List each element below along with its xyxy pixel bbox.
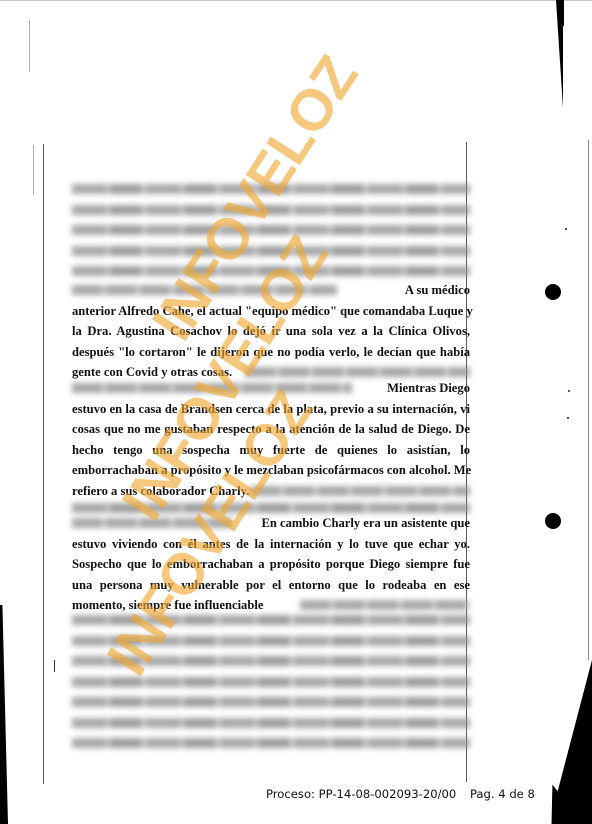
scan-shadow-top-right-wedge xyxy=(556,0,563,108)
redacted-inline xyxy=(72,285,337,295)
redacted-inline xyxy=(300,600,470,610)
scan-shadow-left xyxy=(0,605,8,824)
paragraph-1: A su médico anterior Alfredo Cahe, el ac… xyxy=(72,280,470,383)
paragraph-line: estuvo viviendo con él antes de la inter… xyxy=(72,534,470,555)
paragraph-line: una persona muy vulnerable por el entorn… xyxy=(72,575,470,596)
punch-hole-bottom xyxy=(545,513,561,529)
redacted-inline xyxy=(72,518,232,528)
paragraph-2: Mientras Diego estuvo en la casa de Bran… xyxy=(72,378,470,501)
paragraph-line: anterior Alfredo Cahe, el actual "equipo… xyxy=(72,301,470,322)
paragraph-line: A su médico xyxy=(72,280,470,301)
case-number: Proceso: PP-14-08-002093-20/00 xyxy=(266,787,456,801)
left-faint-mark-top xyxy=(29,20,30,72)
redacted-inline xyxy=(245,367,470,377)
redacted-text-block xyxy=(72,184,470,287)
paragraph-3: En cambio Charly era un asistente que es… xyxy=(72,513,470,616)
speck xyxy=(568,390,570,392)
paragraph-line: hecho tengo una sospecha muy fuerte de q… xyxy=(72,440,470,461)
redacted-inline xyxy=(250,486,470,496)
paragraph-line: momento, siempre fue influenciable xyxy=(72,595,470,616)
paragraph-line-text: A su médico xyxy=(405,283,470,297)
scan-top-edge xyxy=(0,0,592,1)
speck xyxy=(567,417,569,419)
paragraph-line: emborrachaban a propósito y le mezclaban… xyxy=(72,460,470,481)
left-margin-line xyxy=(43,144,44,784)
paragraph-line: Mientras Diego xyxy=(72,378,470,399)
paragraph-line: la Dra. Agustina Cosachov lo dejó ir una… xyxy=(72,321,470,342)
left-faint-mark xyxy=(33,145,34,195)
paragraph-line: después "lo cortaron" le dijeron que no … xyxy=(72,342,470,363)
page-footer: Proceso: PP-14-08-002093-20/00 Pag. 4 de… xyxy=(266,787,535,801)
paragraph-line: refiero a sus colaborador Charly. xyxy=(72,481,470,502)
paragraph-line-text: momento, siempre fue influenciable xyxy=(72,598,263,612)
paragraph-line: Sospecho que lo emborrachaban a propósit… xyxy=(72,554,470,575)
redacted-text-block xyxy=(72,615,470,759)
left-tick-mark xyxy=(54,660,55,672)
paragraph-line: En cambio Charly era un asistente que xyxy=(72,513,470,534)
paragraph-line: cosas que no me gustaban respecto a la a… xyxy=(72,419,470,440)
scan-shadow-bottom-right xyxy=(548,660,592,824)
paragraph-line-text: En cambio Charly era un asistente que xyxy=(261,516,470,530)
paragraph-line-text: Mientras Diego xyxy=(387,381,470,395)
punch-hole-top xyxy=(545,284,561,300)
paragraph-line: estuvo en la casa de Brandsen cerca de l… xyxy=(72,399,470,420)
right-edge-line xyxy=(588,140,589,660)
paragraph-line-text: refiero a sus colaborador Charly. xyxy=(72,484,249,498)
page-number: Pag. 4 de 8 xyxy=(470,787,535,801)
paragraph-line-text: gente con Covid y otras cosas. xyxy=(72,365,232,379)
speck xyxy=(565,228,567,230)
redacted-inline xyxy=(72,383,352,393)
